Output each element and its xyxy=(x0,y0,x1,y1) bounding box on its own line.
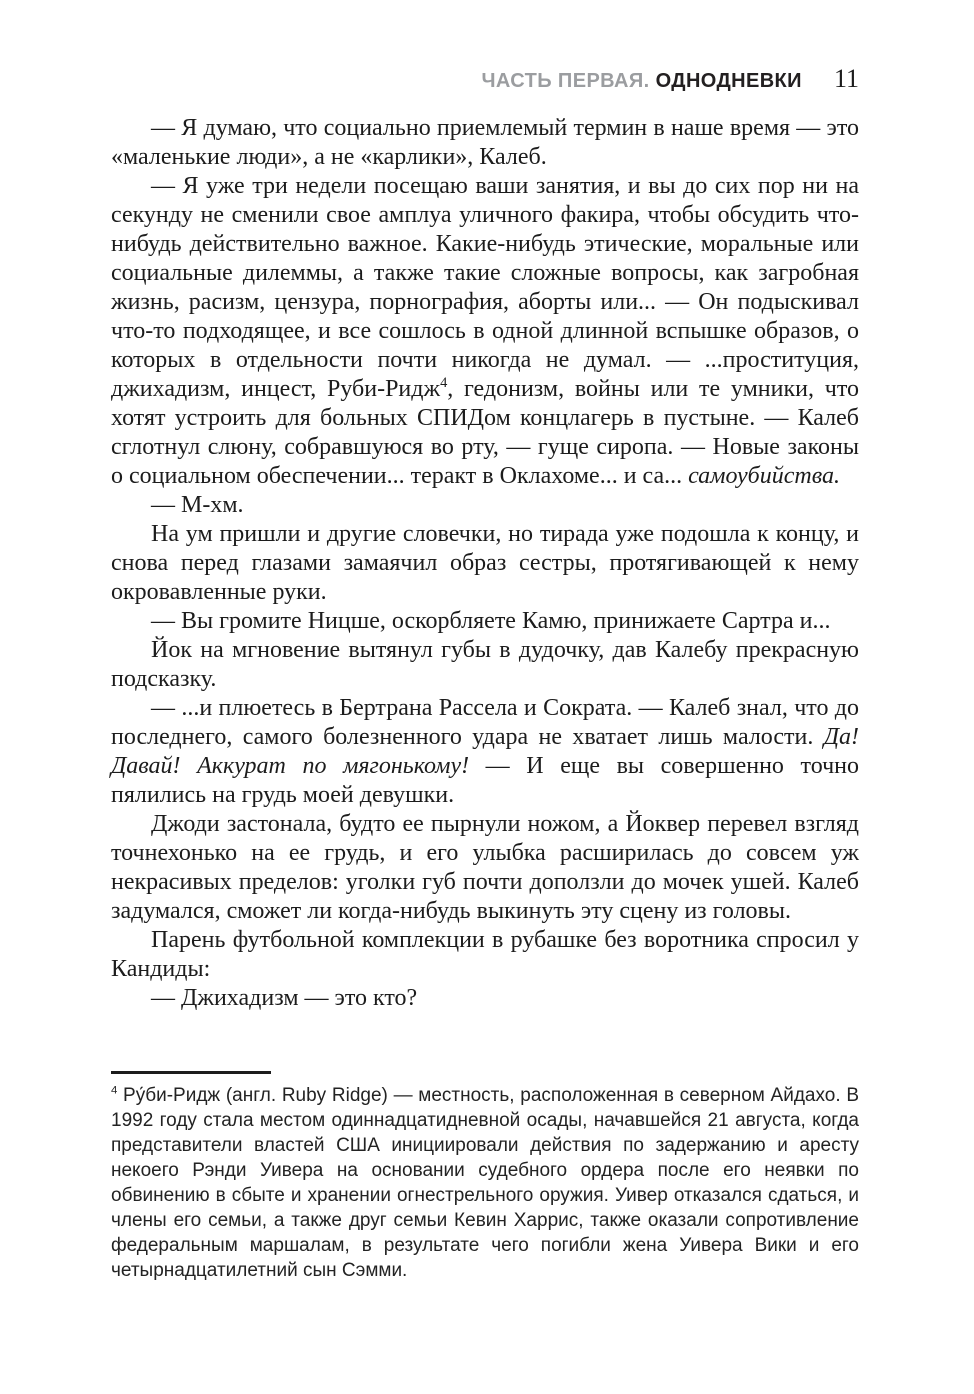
header-chapter-title: ОДНОДНЕВКИ xyxy=(656,70,802,92)
paragraph: — Джихадизм — это кто? xyxy=(111,984,859,1013)
paragraph: — Я думаю, что социально приемлемый терм… xyxy=(111,114,859,172)
text-run: — ...и плюетесь в Бертрана Рассела и Сок… xyxy=(111,695,859,750)
text-run: — Я думаю, что социально приемлемый терм… xyxy=(111,115,859,170)
text-run: — Вы громите Ницше, оскорбляете Камю, пр… xyxy=(151,608,830,634)
paragraph: Йок на мгновение вытянул губы в дудочку,… xyxy=(111,636,859,694)
emphasized-text: самоубийства. xyxy=(688,463,840,489)
text-run: На ум пришли и другие словечки, но тирад… xyxy=(111,521,859,605)
text-run: — М-хм. xyxy=(151,492,244,518)
book-page: ЧАСТЬ ПЕРВАЯ.ОДНОДНЕВКИ11 — Я думаю, что… xyxy=(0,0,974,1394)
header-part-title: ЧАСТЬ ПЕРВАЯ. xyxy=(481,70,649,92)
text-run: Джоди застонала, будто ее пырнули ножом,… xyxy=(111,811,859,924)
paragraph: Джоди застонала, будто ее пырнули ножом,… xyxy=(111,810,859,926)
text-run: — Джихадизм — это кто? xyxy=(151,985,417,1011)
text-run: Йок на мгновение вытянул губы в дудочку,… xyxy=(111,637,859,692)
text-run: Парень футбольной комплекции в рубашке б… xyxy=(111,927,859,982)
paragraph: 4 Ру́би-Ридж (англ. Ruby Ridge) — местно… xyxy=(111,1083,859,1283)
text-run: Ру́би-Ридж (англ. Ruby Ridge) — местност… xyxy=(111,1085,859,1281)
paragraph: На ум пришли и другие словечки, но тирад… xyxy=(111,520,859,607)
paragraph: — Вы громите Ницше, оскорбляете Камю, пр… xyxy=(111,607,859,636)
paragraph: — Я уже три недели посещаю ваши занятия,… xyxy=(111,172,859,491)
paragraph: Парень футбольной комплекции в рубашке б… xyxy=(111,926,859,984)
footnote-separator xyxy=(111,1071,271,1074)
text-run: — Я уже три недели посещаю ваши занятия,… xyxy=(111,173,859,402)
paragraph: — ...и плюетесь в Бертрана Рассела и Сок… xyxy=(111,694,859,810)
running-header: ЧАСТЬ ПЕРВАЯ.ОДНОДНЕВКИ11 xyxy=(111,64,859,94)
page-number: 11 xyxy=(834,64,859,93)
footnote: 4 Ру́би-Ридж (англ. Ruby Ridge) — местно… xyxy=(111,1083,859,1283)
body-text: — Я думаю, что социально приемлемый терм… xyxy=(111,114,859,1013)
paragraph: — М-хм. xyxy=(111,491,859,520)
